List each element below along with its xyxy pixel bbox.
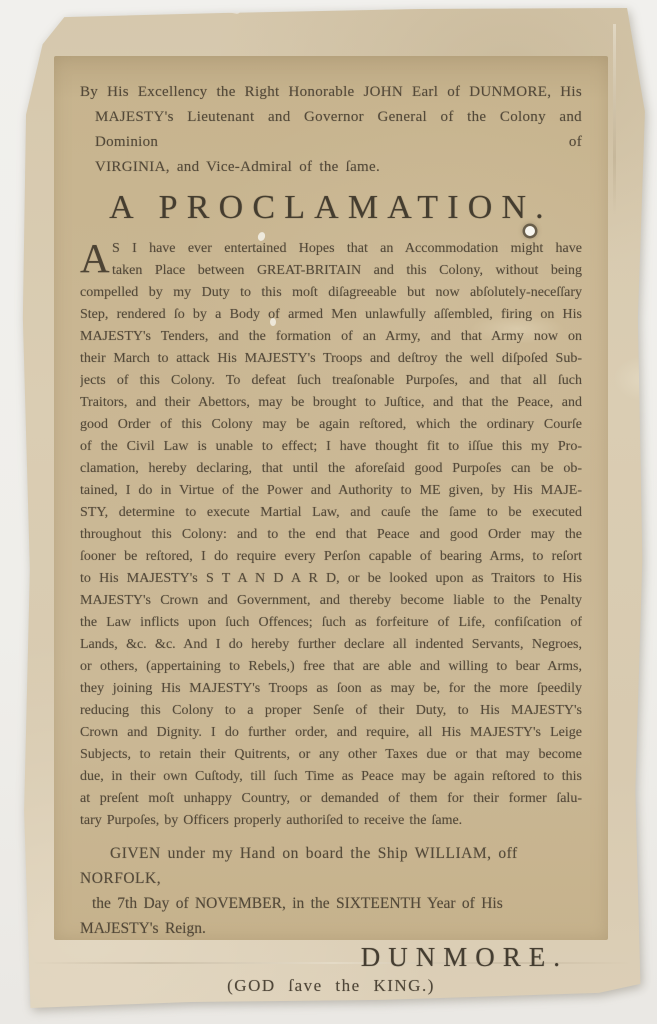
heading-block: By His Excellency the Right Honorable JO… — [80, 80, 582, 180]
body-line: reducing this Colony to a proper Senſe o… — [80, 700, 582, 722]
body-line: or others, (appertaining to Rebels,) fre… — [80, 656, 582, 678]
body-line: of the Civil Law is unable to effect; I … — [80, 436, 582, 458]
body-line: compelled by my Duty to this moſt diſagr… — [80, 282, 582, 304]
drop-cap: A — [80, 239, 107, 281]
body-line: Step, rendered ſo by a Body of armed Men… — [80, 304, 582, 326]
body-line: Subjects, to retain their Quitrents, or … — [80, 744, 582, 766]
signature-dunmore: DUNMORE. — [80, 942, 582, 973]
closing-line-2: the 7th Day of NOVEMBER, in the SIXTEENT… — [80, 891, 582, 941]
body-line: taken Place between GREAT-BRITAIN and th… — [112, 260, 582, 282]
body-line: Crown and Dignity. I do further order, a… — [80, 722, 582, 744]
body-line: MAJESTY's Tenders, and the formation of … — [80, 326, 582, 348]
heading-line-1: By His Excellency the Right Honorable JO… — [80, 80, 582, 105]
body-line: S I have ever entertained Hopes that an … — [112, 238, 582, 260]
body-line: STY, determine to execute Martial Law, a… — [80, 502, 582, 524]
heading-line-3: VIRGINIA, and Vice-Admiral of the ſame. — [80, 155, 582, 180]
photo-backdrop: By His Excellency the Right Honorable JO… — [0, 0, 657, 1024]
body-line: Traitors, and their Abettors, may be bro… — [80, 392, 582, 414]
closing-line-1: GIVEN under my Hand on board the Ship WI… — [80, 841, 582, 891]
god-save-the-king-motto: (GOD ſave the KING.) — [80, 976, 582, 996]
body-line: tary Purpoſes, by Officers properly auth… — [80, 810, 582, 832]
body-line: their March to attack His MAJESTY's Troo… — [80, 348, 582, 370]
body-line: clamation, hereby declaring, that until … — [80, 458, 582, 480]
body-line: the Law inflicts upon ſuch Offences; ſuc… — [80, 612, 582, 634]
proclamation-title: A PROCLAMATION. — [80, 185, 582, 231]
body-line: ſooner be reſtored, I do require every P… — [80, 546, 582, 568]
body-line: due, in their own Cuſtody, till ſuch Tim… — [80, 766, 582, 788]
body-line: Lands, &c. &c. And I do hereby further d… — [80, 634, 582, 656]
paper-crease-right — [613, 24, 616, 214]
paper-stain — [614, 356, 657, 402]
body-line: jects of this Colony. To defeat ſuch tre… — [80, 370, 582, 392]
heading-line-2: MAJESTY's Lieutenant and Governor Genera… — [80, 105, 582, 155]
document-paper: By His Excellency the Right Honorable JO… — [12, 6, 650, 1012]
paper-tear — [224, 4, 242, 14]
closing-block: GIVEN under my Hand on board the Ship WI… — [80, 841, 582, 941]
body-line: good Order of this Colony may be again r… — [80, 414, 582, 436]
body-lines: A S I have ever entertained Hopes that a… — [80, 238, 582, 832]
body-line: MAJESTY's Crown and Government, and ther… — [80, 590, 582, 612]
body-line: they joining His MAJESTY's Troops as ſoo… — [80, 678, 582, 700]
body-line: to His MAJESTY's S T A N D A R D, or be … — [80, 568, 582, 590]
body-line: at preſent moſt unhappy Country, or dema… — [80, 788, 582, 810]
body-line: tained, I do in Virtue of the Power and … — [80, 480, 582, 502]
proclamation-text: By His Excellency the Right Honorable JO… — [54, 56, 608, 940]
body-line: throughout this Colony: and to the end t… — [80, 524, 582, 546]
toned-print-panel: By His Excellency the Right Honorable JO… — [54, 56, 608, 940]
